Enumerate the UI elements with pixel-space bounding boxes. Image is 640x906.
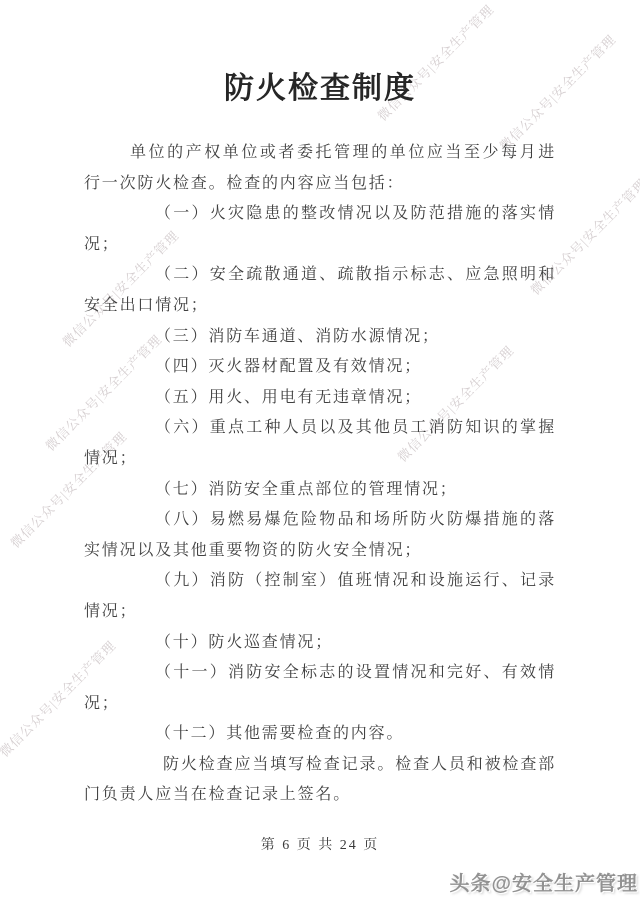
list-item-paragraph-4: （四）灭火器材配置及有效情况；: [84, 352, 556, 383]
closing-paragraph: 防火检查应当填写检查记录。检查人员和被检查部门负责人应当在检查记录上签名。: [84, 750, 556, 811]
list-item-paragraph-9: （九）消防（控制室）值班情况和设施运行、记录情况；: [84, 566, 556, 627]
list-item-paragraph-12: （十二）其他需要检查的内容。: [84, 719, 556, 750]
page-number: 第 6 页 共 24 页: [0, 834, 640, 854]
list-item-paragraph-7: （七）消防安全重点部位的管理情况；: [84, 475, 556, 506]
document-title: 防火检查制度: [0, 70, 640, 108]
list-item-paragraph-8: （八）易燃易爆危险物品和场所防火防爆措施的落实情况以及其他重要物资的防火安全情况…: [84, 505, 556, 566]
list-item-paragraph-6: （六）重点工种人员以及其他员工消防知识的掌握情况；: [84, 413, 556, 474]
list-item-paragraph-2: （二）安全疏散通道、疏散指示标志、应急照明和安全出口情况；: [84, 260, 556, 321]
list-item-paragraph-11: （十一）消防安全标志的设置情况和完好、有效情况；: [84, 658, 556, 719]
list-item-paragraph-5: （五）用火、用电有无违章情况；: [84, 383, 556, 414]
list-item-paragraph-10: （十）防火巡查情况；: [84, 628, 556, 659]
document-body: 单位的产权单位或者委托管理的单位应当至少每月进行一次防火检查。检查的内容应当包括…: [84, 138, 556, 811]
intro-paragraph: 单位的产权单位或者委托管理的单位应当至少每月进行一次防火检查。检查的内容应当包括…: [84, 138, 556, 199]
list-item-paragraph-3: （三）消防车通道、消防水源情况；: [84, 322, 556, 353]
document-page: 微信公众号|安全生产管理微信公众号|安全生产管理微信公众号|安全生产管理微信公众…: [0, 0, 640, 906]
list-item-paragraph-1: （一）火灾隐患的整改情况以及防范措施的落实情况；: [84, 199, 556, 260]
brand-badge: 头条@安全生产管理: [449, 867, 638, 896]
